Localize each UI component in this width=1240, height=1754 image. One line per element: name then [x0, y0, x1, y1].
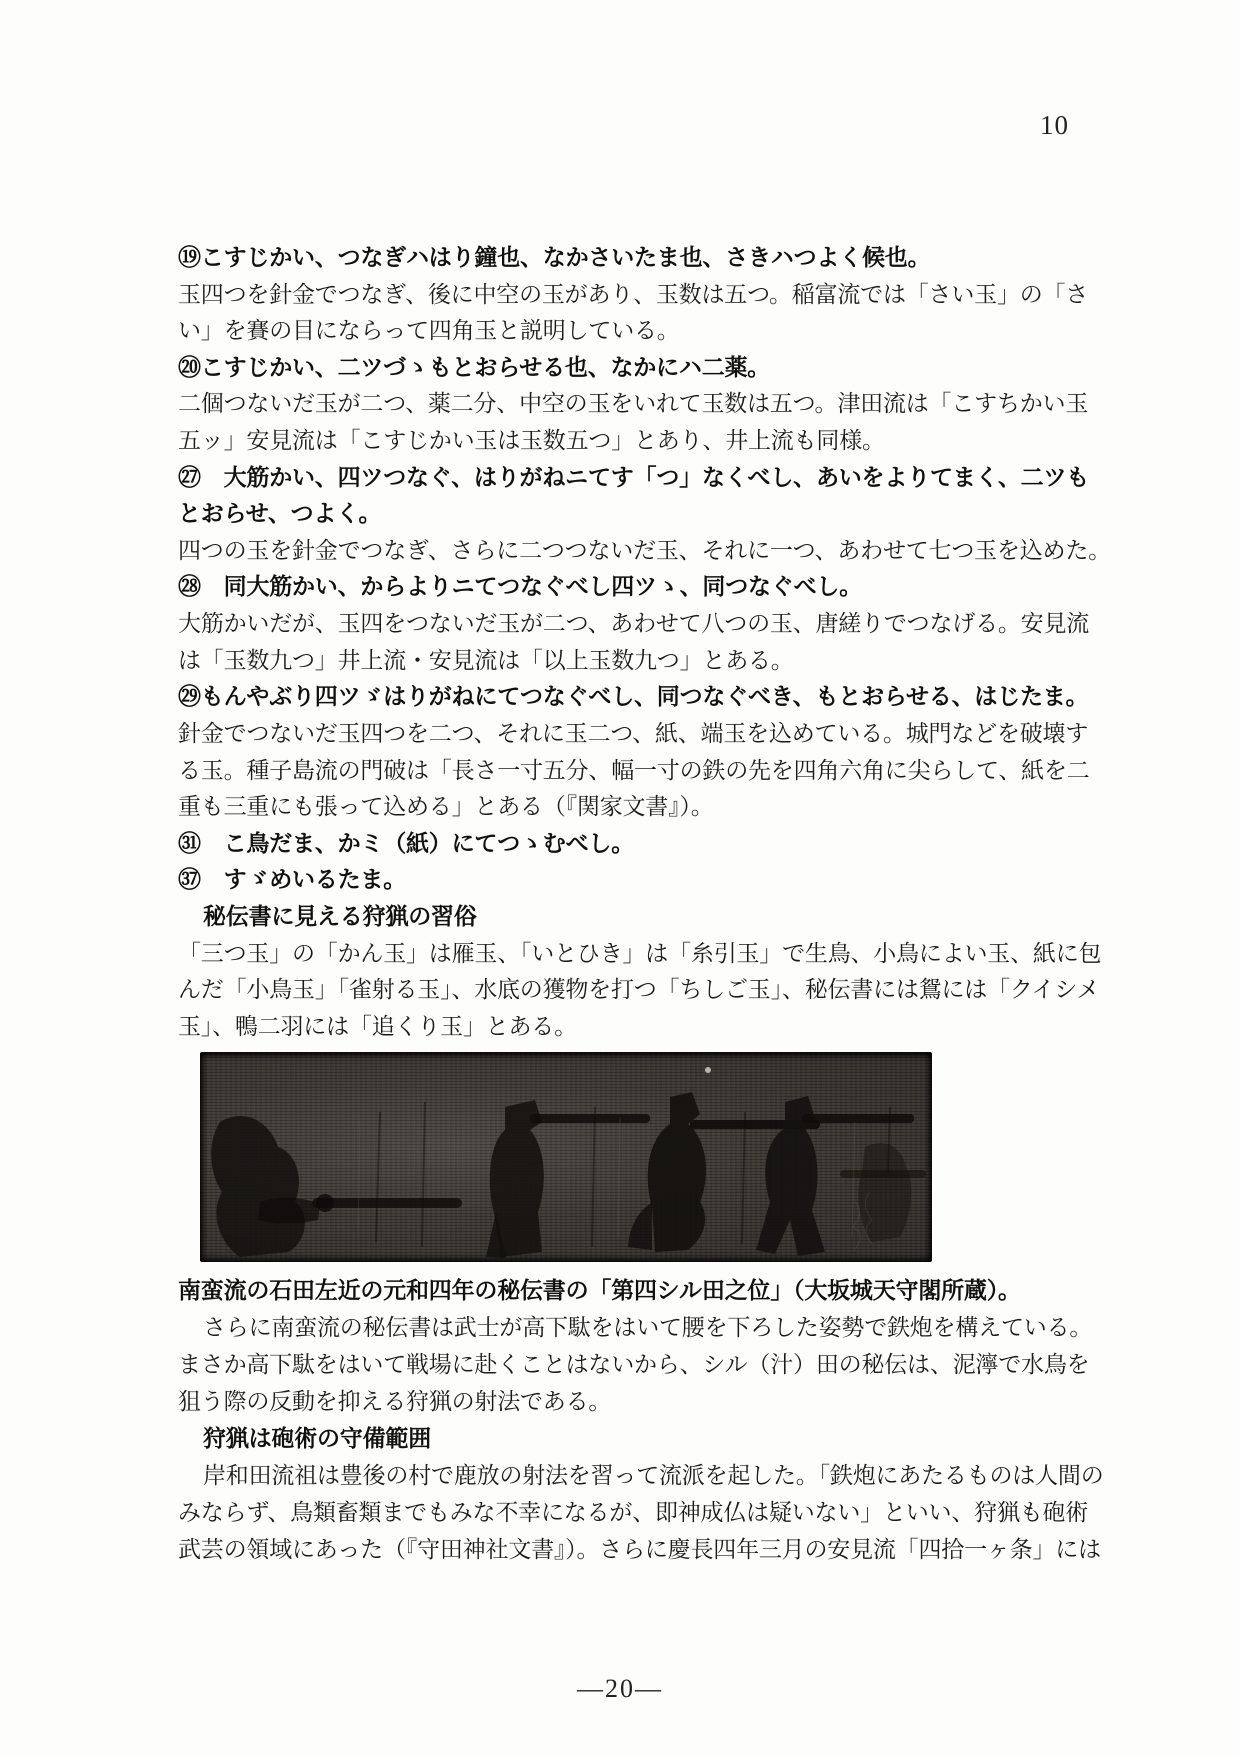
text-line: ㉛ こ鳥だま、かミ（紙）にてつゝむべし。 [178, 826, 1098, 863]
text-line: い」を賽の目にならって四角玉と説明している。 [178, 313, 1098, 350]
text-line: 狙う際の反動を抑える狩猟の射法である。 [178, 1383, 1098, 1420]
main-text-block: ⑲こすじかい、つなぎハはり鐘也、なかさいたま也、さきハつよく候也。 玉四つを針金… [178, 240, 1098, 1045]
footer-page-number: —20— [0, 1674, 1240, 1704]
text-line: みならず、鳥類畜類までもみな不幸になるが、即神成仏は疑いない」といい、狩猟も砲術 [178, 1494, 1098, 1531]
text-line: とおらせ、つよく。 [178, 496, 1098, 533]
hidensho-scan-illustration [200, 1052, 932, 1262]
text-line: ㉙もんやぶり四ツゞはりがねにてつなぐべし、同つなぐべき、もとおらせる、はじたま。 [178, 679, 1098, 716]
text-line: 玉」、鴨二羽には「追くり玉」とある。 [178, 1009, 1098, 1046]
section-heading: 秘伝書に見える狩猟の習俗 [178, 899, 1098, 936]
gunners-illustration-drawing [200, 1052, 932, 1262]
text-line: 二個つないだ玉が二つ、薬二分、中空の玉をいれて玉数は五つ。津田流は「こすちかい玉 [178, 386, 1098, 423]
section-heading: 狩猟は砲術の守備範囲 [178, 1420, 1098, 1457]
text-line: ⑲こすじかい、つなぎハはり鐘也、なかさいたま也、さきハつよく候也。 [178, 240, 1098, 277]
page-number: 10 [1040, 110, 1069, 141]
text-line: 武芸の領域にあった（『守田神社文書』）。さらに慶長四年三月の安見流「四拾一ヶ条」… [178, 1531, 1098, 1568]
text-line: ㉗ 大筋かい、四ツつなぐ、はりがねニてす「つ」なくべし、あいをよりてまく、二ツも [178, 460, 1098, 497]
text-line: んだ「小鳥玉」「雀射る玉」、水底の獲物を打つ「ちしご玉」、秘伝書には鴛には「クイ… [178, 972, 1098, 1009]
text-line: ⑳こすじかい、二ツづゝもとおらせる也、なかにハ二薬。 [178, 350, 1098, 387]
text-line: まさか高下駄をはいて戦場に赴くことはないから、シル（汁）田の秘伝は、泥濘で水鳥を [178, 1346, 1098, 1383]
text-line: 五ッ」安見流は「こすじかい玉は玉数五つ」とあり、井上流も同様。 [178, 423, 1098, 460]
text-line: ㊲ すゞめいるたま。 [178, 862, 1098, 899]
lower-text-block: さらに南蛮流の秘伝書は武士が高下駄をはいて腰を下ろした姿勢で鉄炮を構えている。 … [178, 1309, 1098, 1568]
text-line: 針金でつないだ玉四つを二つ、それに玉二つ、紙、端玉を込めている。城門などを破壊す [178, 716, 1098, 753]
text-line: 重も三重にも張って込める」とある（『関家文書』）。 [178, 789, 1098, 826]
text-line: さらに南蛮流の秘伝書は武士が高下駄をはいて腰を下ろした姿勢で鉄炮を構えている。 [178, 1309, 1098, 1346]
text-line: 大筋かいだが、玉四をつないだ玉が二つ、あわせて八つの玉、唐縒りでつなげる。安見流 [178, 606, 1098, 643]
figure-caption: 南蛮流の石田左近の元和四年の秘伝書の「第四シル田之位」（大坂城天守閣所蔵）。 [178, 1272, 1128, 1305]
text-line: 四つの玉を針金でつなぎ、さらに二つつないだ玉、それに一つ、あわせて七つ玉を込めた… [178, 533, 1098, 570]
text-line: ㉘ 同大筋かい、からよりニてつなぐべし四ツゝ、同つなぐべし。 [178, 569, 1098, 606]
text-line: 「三つ玉」の「かん玉」は雁玉、「いとひき」は「糸引玉」で生鳥、小鳥によい玉、紙に… [178, 936, 1098, 973]
text-line: は「玉数九つ」井上流・安見流は「以上玉数九つ」とある。 [178, 643, 1098, 680]
text-line: 玉四つを針金でつなぎ、後に中空の玉があり、玉数は五つ。稲富流では「さい玉」の「さ [178, 277, 1098, 314]
document-page: { "page": { "top_page_number": "10", "fo… [0, 0, 1240, 1754]
text-line: 岸和田流祖は豊後の村で鹿放の射法を習って流派を起した。「鉄炮にあたるものは人間の [178, 1457, 1098, 1494]
text-line: る玉。種子島流の門破は「長さ一寸五分、幅一寸の鉄の先を四角六角に尖らして、紙を二 [178, 753, 1098, 790]
